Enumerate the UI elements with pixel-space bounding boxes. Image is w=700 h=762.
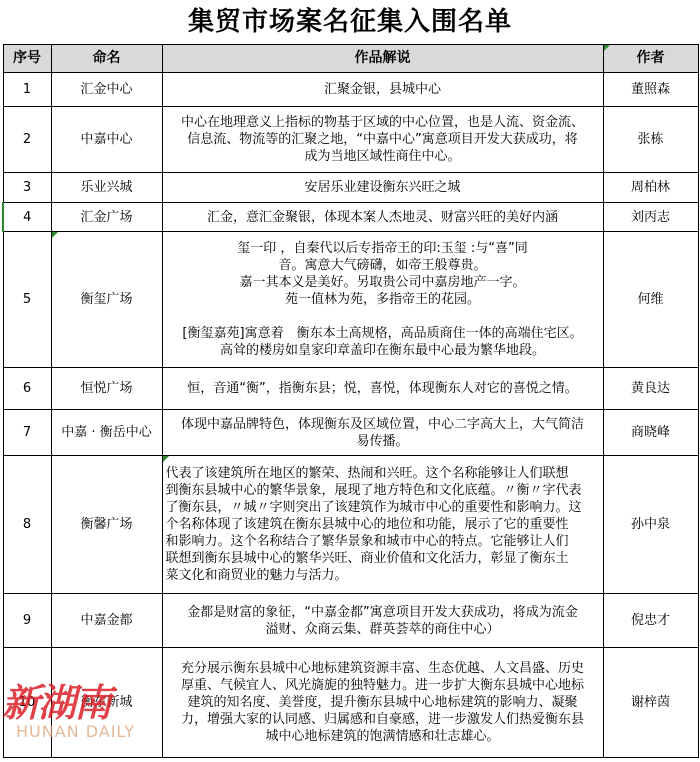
- cell-name[interactable]: 中嘉中心: [51, 107, 162, 173]
- cell-desc[interactable]: 汇金，意汇金聚银，体现本案人杰地灵、财富兴旺的美好内涵: [162, 203, 603, 232]
- header-name[interactable]: 命名: [51, 45, 162, 73]
- cell-desc[interactable]: 代表了该建筑所在地区的繁荣、热闹和兴旺。这个名称能够让人们联想 到衡东县城中心的…: [162, 456, 603, 594]
- cell-author[interactable]: 张栋: [603, 107, 698, 173]
- cell-author[interactable]: 商晓峰: [603, 410, 698, 456]
- cell-no[interactable]: 1: [3, 73, 51, 107]
- cell-desc[interactable]: 中心在地理意义上指标的物基于区域的中心位置，也是人流、资金流、 信息流、物流等的…: [162, 107, 603, 173]
- cell-desc[interactable]: 汇聚金银，县城中心: [162, 73, 603, 107]
- header-author-label: 作者: [637, 50, 665, 66]
- shortlist-table: 序号 命名 作品解说 作者 1 汇金中心 汇聚金银，县城中心 董照森 2 中嘉中…: [2, 44, 699, 758]
- cell-author[interactable]: 何维: [603, 232, 698, 368]
- cell-name[interactable]: 衡馨广场: [51, 456, 162, 594]
- cell-author[interactable]: 周柏林: [603, 173, 698, 203]
- table-row: 8 衡馨广场 代表了该建筑所在地区的繁荣、热闹和兴旺。这个名称能够让人们联想 到…: [3, 456, 698, 594]
- cell-author[interactable]: 黄良达: [603, 368, 698, 410]
- cell-no[interactable]: 7: [3, 410, 51, 456]
- cell-desc[interactable]: 体现中嘉品牌特色，体现衡东及区域位置，中心二字高大上，大气简洁 易传播。: [162, 410, 603, 456]
- cell-desc[interactable]: 玺一印 ，自秦代以后专指帝王的印:玉玺 :与“喜”同 音。寓意大气磅礴，如帝王般…: [162, 232, 603, 368]
- table-row: 7 中嘉 · 衡岳中心 体现中嘉品牌特色，体现衡东及区域位置，中心二字高大上，大…: [3, 410, 698, 456]
- cell-no[interactable]: 2: [3, 107, 51, 173]
- cell-desc[interactable]: 恒，音通“衡”，指衡东县；悦，喜悦，体现衡东人对它的喜悦之情。: [162, 368, 603, 410]
- table-row: 5 衡玺广场 玺一印 ，自秦代以后专指帝王的印:玉玺 :与“喜”同 音。寓意大气…: [3, 232, 698, 368]
- cell-no[interactable]: 6: [3, 368, 51, 410]
- cell-author[interactable]: 刘丙志: [603, 203, 698, 232]
- cell-name[interactable]: 汇金广场: [51, 203, 162, 232]
- cell-desc[interactable]: 金都是财富的象征，“中嘉金都”寓意项目开发大获成功，将成为流金 溢财、众商云集、…: [162, 594, 603, 648]
- cell-name[interactable]: 中嘉 · 衡岳中心: [51, 410, 162, 456]
- cell-author[interactable]: 董照森: [603, 73, 698, 107]
- table-row: 9 中嘉金都 金都是财富的象征，“中嘉金都”寓意项目开发大获成功，将成为流金 溢…: [3, 594, 698, 648]
- cell-name[interactable]: 衡东新城: [51, 648, 162, 758]
- cell-no[interactable]: 9: [3, 594, 51, 648]
- comment-marker-icon: [163, 456, 169, 462]
- table-row: 3 乐业兴城 安居乐业建设衡东兴旺之城 周柏林: [3, 173, 698, 203]
- table-row: 2 中嘉中心 中心在地理意义上指标的物基于区域的中心位置，也是人流、资金流、 信…: [3, 107, 698, 173]
- header-no[interactable]: 序号: [3, 45, 51, 73]
- table-row: 1 汇金中心 汇聚金银，县城中心 董照森: [3, 73, 698, 107]
- cell-no[interactable]: 3: [3, 173, 51, 203]
- header-author[interactable]: 作者: [603, 45, 698, 73]
- cell-author[interactable]: 谢梓茵: [603, 648, 698, 758]
- document-title: 集贸市场案名征集入围名单: [0, 0, 700, 44]
- table-row: 6 恒悦广场 恒，音通“衡”，指衡东县；悦，喜悦，体现衡东人对它的喜悦之情。 黄…: [3, 368, 698, 410]
- cell-name[interactable]: 恒悦广场: [51, 368, 162, 410]
- cell-author[interactable]: 倪忠才: [603, 594, 698, 648]
- table-row: 4 汇金广场 汇金，意汇金聚银，体现本案人杰地灵、财富兴旺的美好内涵 刘丙志: [3, 203, 698, 232]
- header-desc[interactable]: 作品解说: [162, 45, 603, 73]
- cell-name[interactable]: 乐业兴城: [51, 173, 162, 203]
- cell-desc-text: 代表了该建筑所在地区的繁荣、热闹和兴旺。这个名称能够让人们联想 到衡东县城中心的…: [166, 466, 582, 583]
- cell-name[interactable]: 衡玺广场: [51, 232, 162, 368]
- cell-name[interactable]: 中嘉金都: [51, 594, 162, 648]
- cell-name-label: 衡玺广场: [80, 292, 132, 307]
- cell-desc[interactable]: 充分展示衡东县城中心地标建筑资源丰富、生态优越、人文昌盛、历史 厚重、气候宜人、…: [162, 648, 603, 758]
- cell-no[interactable]: 10: [3, 648, 51, 758]
- comment-marker-icon: [52, 232, 58, 238]
- cell-desc[interactable]: 安居乐业建设衡东兴旺之城: [162, 173, 603, 203]
- comment-marker-icon: [604, 45, 610, 51]
- cell-author[interactable]: 孙中泉: [603, 456, 698, 594]
- cell-no[interactable]: 5: [3, 232, 51, 368]
- table-row: 10 衡东新城 充分展示衡东县城中心地标建筑资源丰富、生态优越、人文昌盛、历史 …: [3, 648, 698, 758]
- cell-no[interactable]: 8: [3, 456, 51, 594]
- cell-name[interactable]: 汇金中心: [51, 73, 162, 107]
- header-row: 序号 命名 作品解说 作者: [3, 45, 698, 73]
- cell-no[interactable]: 4: [3, 203, 51, 232]
